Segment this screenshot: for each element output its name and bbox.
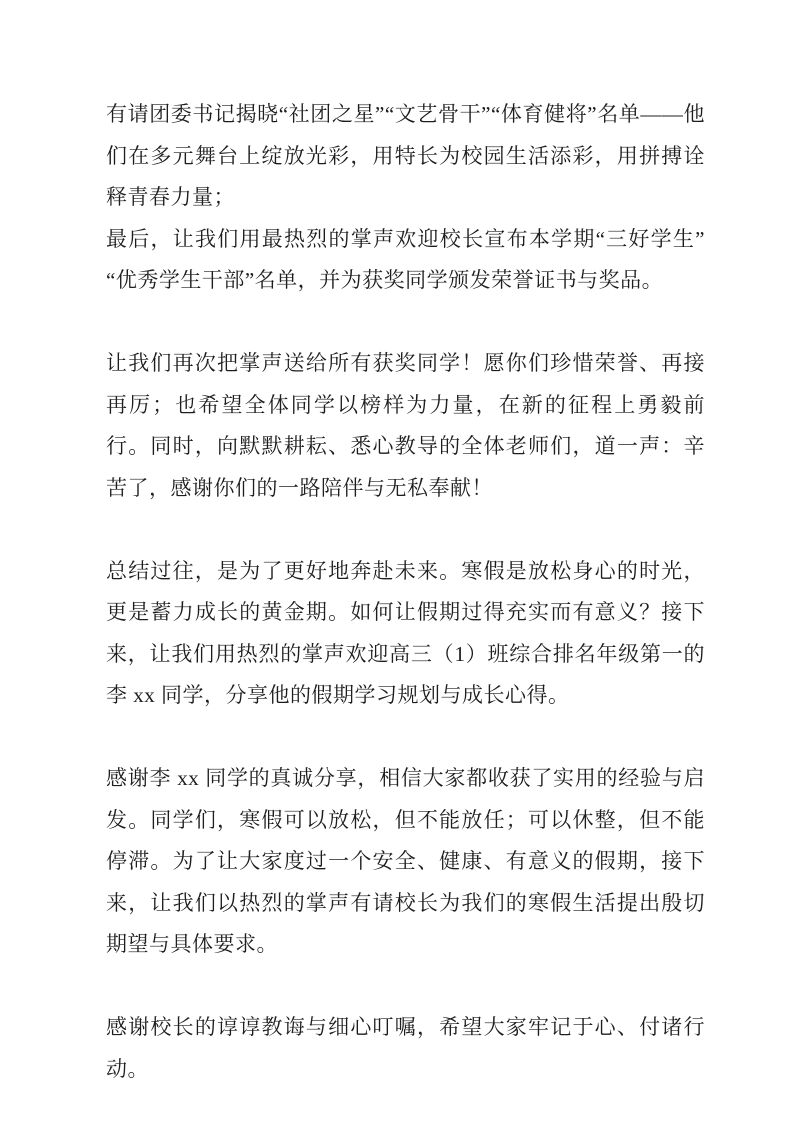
document-page: 有请团委书记揭晓“社团之星”“文艺骨干”“体育健将”名单——他们在多元舞台上绽放… bbox=[0, 0, 793, 1122]
document-body: 有请团委书记揭晓“社团之星”“文艺骨干”“体育健将”名单——他们在多元舞台上绽放… bbox=[106, 94, 705, 1090]
paragraph-winter-vacation-student-speaker-intro: 总结过往，是为了更好地奔赴未来。寒假是放松身心的时光，更是蓄力成长的黄金期。如何… bbox=[106, 551, 705, 717]
paragraph-thanks-student-principal-expectations: 感谢李 xx 同学的真诚分享，相信大家都收获了实用的经验与启发。同学们，寒假可以… bbox=[106, 758, 705, 966]
paragraph-applause-for-winners-and-teachers: 让我们再次把掌声送给所有获奖同学！愿你们珍惜荣誉、再接再厉；也希望全体同学以榜样… bbox=[106, 343, 705, 509]
paragraph-club-star-awards: 有请团委书记揭晓“社团之星”“文艺骨干”“体育健将”名单——他们在多元舞台上绽放… bbox=[106, 94, 705, 219]
paragraph-principal-announces-awards: 最后，让我们用最热烈的掌声欢迎校长宣布本学期“三好学生”“优秀学生干部”名单，并… bbox=[106, 219, 705, 302]
paragraph-thanks-principal-closing: 感谢校长的谆谆教诲与细心叮嘱，希望大家牢记于心、付诸行动。 bbox=[106, 1007, 705, 1090]
